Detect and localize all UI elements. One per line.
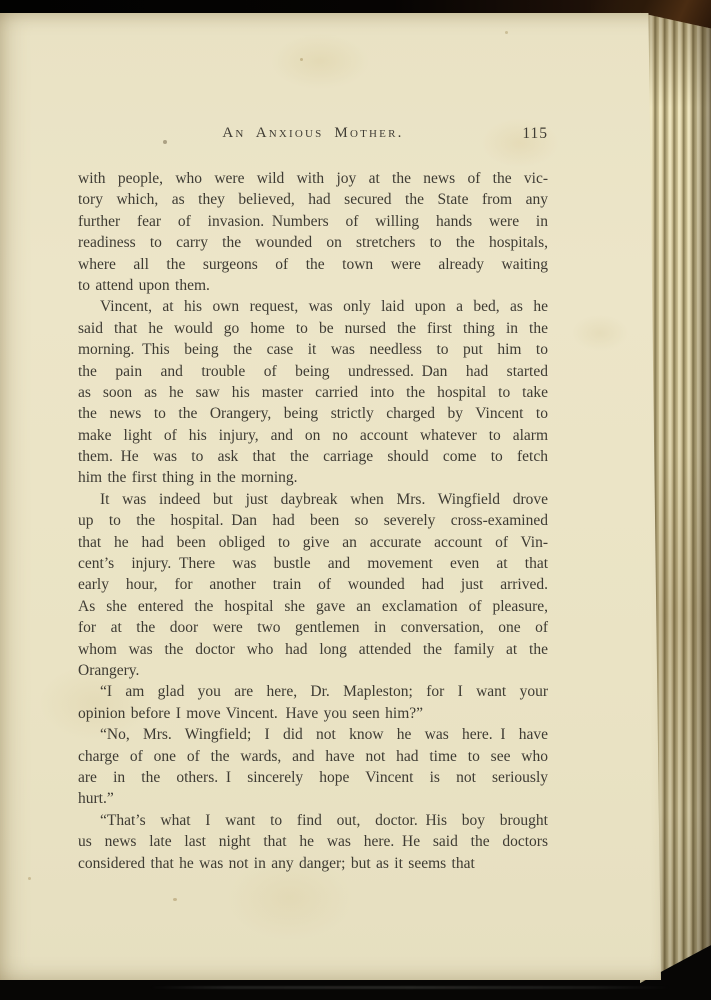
- text-line: Vincent, at his own request, was only la…: [78, 296, 548, 317]
- text-line: opinion before I move Vincent. Have you …: [78, 703, 548, 724]
- text-line: the pain and trouble of being undressed.…: [78, 361, 548, 382]
- text-line: charge of one of the wards, and have not…: [78, 746, 548, 767]
- page-body-text: with people, who were wild with joy at t…: [78, 168, 548, 874]
- paper-speck: [28, 877, 31, 880]
- text-line: where all the surgeons of the town were …: [78, 254, 548, 275]
- paper-speck: [173, 898, 177, 901]
- page-number: 115: [522, 125, 548, 143]
- text-line: hurt.”: [78, 788, 548, 809]
- running-title: An Anxious Mother.: [78, 125, 548, 142]
- text-line: whom was the doctor who had long attende…: [78, 639, 548, 660]
- text-line: as soon as he saw his master carried int…: [78, 382, 548, 403]
- text-line: “No, Mrs. Wingfield; I did not know he w…: [78, 724, 548, 745]
- text-line: are in the others. I sincerely hope Vinc…: [78, 767, 548, 788]
- text-line: up to the hospital. Dan had been so seve…: [78, 510, 548, 531]
- page-text-block: An Anxious Mother. 115 with people, who …: [78, 125, 548, 874]
- text-line: that he had been obliged to give an accu…: [78, 532, 548, 553]
- text-line: further fear of invasion. Numbers of wil…: [78, 211, 548, 232]
- paragraph: “No, Mrs. Wingfield; I did not know he w…: [78, 724, 548, 810]
- page-header: An Anxious Mother. 115: [78, 125, 548, 143]
- text-line: make light of his injury, and on no acco…: [78, 425, 548, 446]
- text-line: to attend upon them.: [78, 275, 548, 296]
- text-line: “That’s what I want to find out, doctor.…: [78, 810, 548, 831]
- paragraph: Vincent, at his own request, was only la…: [78, 296, 548, 489]
- text-line: him the first thing in the morning.: [78, 467, 548, 488]
- text-line: Orangery.: [78, 660, 548, 681]
- book-page: An Anxious Mother. 115 with people, who …: [0, 13, 661, 980]
- text-line: us news late last night that he was here…: [78, 831, 548, 852]
- paper-speck: [505, 31, 508, 34]
- scanned-book-page: An Anxious Mother. 115 with people, who …: [0, 0, 711, 1000]
- text-line: early hour, for another train of wounded…: [78, 574, 548, 595]
- text-line: tory which, as they believed, had secure…: [78, 189, 548, 210]
- text-line: with people, who were wild with joy at t…: [78, 168, 548, 189]
- text-line: for at the door were two gentlemen in co…: [78, 617, 548, 638]
- paragraph: “That’s what I want to find out, doctor.…: [78, 810, 548, 874]
- text-line: readiness to carry the wounded on stretc…: [78, 232, 548, 253]
- paragraph: with people, who were wild with joy at t…: [78, 168, 548, 296]
- paragraph: “I am glad you are here, Dr. Mapleston; …: [78, 681, 548, 724]
- text-line: cent’s injury. There was bustle and move…: [78, 553, 548, 574]
- text-line: morning. This being the case it was need…: [78, 339, 548, 360]
- paper-speck: [300, 58, 303, 61]
- paragraph: It was indeed but just daybreak when Mrs…: [78, 489, 548, 682]
- text-line: said that he would go home to be nursed …: [78, 318, 548, 339]
- text-line: the news to the Orangery, being strictly…: [78, 403, 548, 424]
- text-line: considered that he was not in any danger…: [78, 853, 548, 874]
- text-line: “I am glad you are here, Dr. Mapleston; …: [78, 681, 548, 702]
- text-line: It was indeed but just daybreak when Mrs…: [78, 489, 548, 510]
- text-line: them. He was to ask that the carriage sh…: [78, 446, 548, 467]
- scan-artifact-streak: [150, 986, 670, 989]
- text-line: As she entered the hospital she gave an …: [78, 596, 548, 617]
